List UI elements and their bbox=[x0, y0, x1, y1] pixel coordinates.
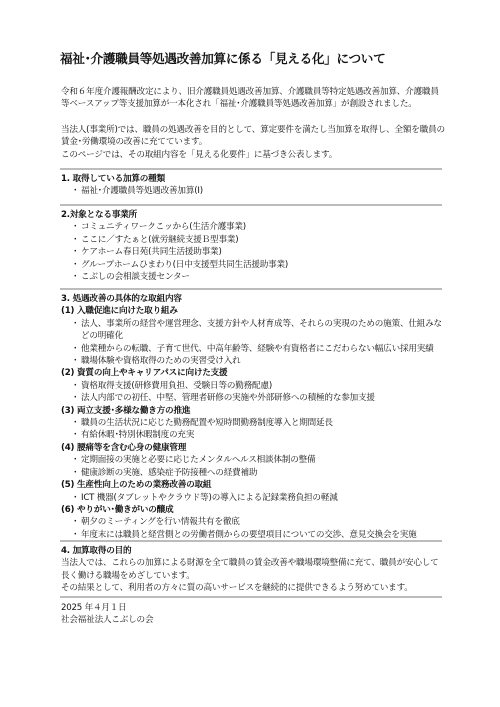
list-item: ・こぶしの会相談支援センター bbox=[61, 271, 446, 283]
bullet-icon: ・ bbox=[71, 429, 79, 441]
list-item: ・定期面接の実施と必要に応じたメンタルヘルス相談体制の整備 bbox=[61, 454, 446, 466]
intro-paragraph-2: 当法人(事業所)では、職員の処遇改善を目的として、算定要件を満たし当加算を取得し… bbox=[61, 124, 446, 161]
bullet-icon: ・ bbox=[71, 185, 79, 197]
bullet-list: ・法人、事業所の経営や運営理念、支援方針や人材育成等、それらの実現のための施策、… bbox=[61, 318, 446, 368]
bullet-list: ・福祉･介護職員等処遇改善加算(Ⅰ) bbox=[61, 185, 446, 197]
bullet-icon: ・ bbox=[71, 221, 79, 233]
subsection-heading: (3) 両立支援･多様な働き方の推進 bbox=[61, 405, 446, 417]
subsection-heading: (4) 腰痛等を含む心身の健康管理 bbox=[61, 442, 446, 454]
list-item: ・グループホームひまわり(日中支援型共同生活援助事業) bbox=[61, 259, 446, 271]
bullet-icon: ・ bbox=[71, 467, 79, 479]
bullet-list: ・コミュニティワークこッから(生活介護事業) ・ここに／すたぁと(就労継続支援Ｂ… bbox=[61, 221, 446, 283]
section-specific-initiatives: 3. 処遇改善の具体的な取組内容 (1) 入職促進に向けた取り組み ・法人、事業… bbox=[61, 293, 446, 541]
section-target-facilities: 2.対象となる事業所 ・コミュニティワークこッから(生活介護事業) ・ここに／す… bbox=[61, 209, 446, 283]
divider bbox=[60, 596, 442, 598]
page-title: 福祉･介護職員等処遇改善加算に係る「見える化」について bbox=[60, 48, 385, 67]
bullet-icon: ・ bbox=[71, 380, 79, 392]
subsection-heading: (6) やりがい･働きがいの醸成 bbox=[61, 504, 446, 516]
intro-text-1: 令和６年度介護報酬改定により、旧介護職員処遇改善加算、介護職員等特定処遇改善加算… bbox=[61, 86, 446, 111]
subsection-heading: (2) 資質の向上やキャリアパスに向けた支援 bbox=[61, 367, 446, 379]
list-item: ・資格取得支援(研修費用負担、受験日等の勤務配慮) bbox=[61, 380, 446, 392]
bullet-icon: ・ bbox=[71, 259, 79, 271]
section-acquired-addition: 1. 取得している加算の種類 ・福祉･介護職員等処遇改善加算(Ⅰ) bbox=[61, 173, 446, 198]
bullet-list: ・定期面接の実施と必要に応じたメンタルヘルス相談体制の整備 ・健康診断の実施、感… bbox=[61, 454, 446, 479]
section-heading: 1. 取得している加算の種類 bbox=[61, 173, 446, 185]
bullet-list: ・朝夕のミーティングを行い情報共有を徹底 ・年度末には職員と経営側との労働者側か… bbox=[61, 516, 446, 541]
intro-text-2: 当法人(事業所)では、職員の処遇改善を目的として、算定要件を満たし当加算を取得し… bbox=[61, 124, 446, 149]
intro-paragraph-1: 令和６年度介護報酬改定により、旧介護職員処遇改善加算、介護職員等特定処遇改善加算… bbox=[61, 86, 446, 111]
bullet-icon: ・ bbox=[71, 246, 79, 258]
list-item: ・健康診断の実施、感染症予防接種への経費補助 bbox=[61, 467, 446, 479]
list-item: ・有給休暇･特別休暇制度の充実 bbox=[61, 429, 446, 441]
intro-text-3: このページでは、その取組内容を「見える化要件」に基づき公表します。 bbox=[61, 149, 446, 161]
subsection-heading: (1) 入職促進に向けた取り組み bbox=[61, 305, 446, 317]
list-item: ・法人、事業所の経営や運営理念、支援方針や人材育成等、それらの実現のための施策、… bbox=[61, 318, 446, 343]
list-item: ・他業種からの転職、子育て世代、中高年齢等、経験や有資格者にこだわらない幅広い採… bbox=[61, 343, 446, 355]
bullet-icon: ・ bbox=[71, 492, 79, 504]
bullet-icon: ・ bbox=[71, 417, 79, 429]
bullet-list: ・ICT 機器(タブレットやクラウド等)の導入による記録業務負担の軽減 bbox=[61, 492, 446, 504]
bullet-icon: ・ bbox=[71, 271, 79, 283]
bullet-icon: ・ bbox=[71, 355, 79, 367]
bullet-icon: ・ bbox=[71, 318, 79, 330]
bullet-icon: ・ bbox=[71, 454, 79, 466]
divider bbox=[60, 204, 442, 206]
list-item: ・ICT 機器(タブレットやクラウド等)の導入による記録業務負担の軽減 bbox=[61, 492, 446, 504]
divider bbox=[60, 288, 442, 290]
section-heading: 4. 加算取得の目的 bbox=[61, 545, 446, 557]
bullet-icon: ・ bbox=[71, 516, 79, 528]
list-item: ・職場体験や資格取得のための実習受け入れ bbox=[61, 355, 446, 367]
subsection-heading: (5) 生産性向上のための業務改善の取組 bbox=[61, 479, 446, 491]
organization-name: 社会福祉法人こぶしの会 bbox=[61, 614, 446, 626]
bullet-list: ・職員の生活状況に応じた勤務配置や短時間勤務制度導入と期間延長 ・有給休暇･特別… bbox=[61, 417, 446, 442]
section-heading: 3. 処遇改善の具体的な取組内容 bbox=[61, 293, 446, 305]
list-item: ・ケアホーム春日苑(共同生活援助事業) bbox=[61, 246, 446, 258]
document-page: 福祉･介護職員等処遇改善加算に係る「見える化」について 令和６年度介護報酬改定に… bbox=[0, 0, 500, 707]
section-heading: 2.対象となる事業所 bbox=[61, 209, 446, 221]
bullet-icon: ・ bbox=[71, 392, 79, 404]
list-item: ・コミュニティワークこッから(生活介護事業) bbox=[61, 221, 446, 233]
divider bbox=[60, 168, 442, 170]
divider bbox=[60, 540, 442, 542]
list-item: ・法人内部での初任、中堅、管理者研修の実施や外部研修への積極的な参加支援 bbox=[61, 392, 446, 404]
list-item: ・職員の生活状況に応じた勤務配置や短時間勤務制度導入と期間延長 bbox=[61, 417, 446, 429]
list-item: ・ここに／すたぁと(就労継続支援Ｂ型事業) bbox=[61, 234, 446, 246]
section-purpose: 4. 加算取得の目的 当法人では、これらの加算による財源を全て職員の賃金改善や職… bbox=[61, 545, 446, 595]
bullet-list: ・資格取得支援(研修費用負担、受験日等の勤務配慮) ・法人内部での初任、中堅、管… bbox=[61, 380, 446, 405]
purpose-text-1: 当法人では、これらの加算による財源を全て職員の賃金改善や職場環境整備に充て、職員… bbox=[61, 557, 446, 582]
bullet-icon: ・ bbox=[71, 343, 79, 355]
list-item: ・福祉･介護職員等処遇改善加算(Ⅰ) bbox=[61, 185, 446, 197]
purpose-text-2: その結果として、利用者の方々に質の高いサービスを継続的に提供できるよう努めていま… bbox=[61, 582, 446, 594]
bullet-icon: ・ bbox=[71, 234, 79, 246]
list-item: ・朝夕のミーティングを行い情報共有を徹底 bbox=[61, 516, 446, 528]
publish-date: 2025 年４月１日 bbox=[61, 602, 446, 614]
footer: 2025 年４月１日 社会福祉法人こぶしの会 bbox=[61, 602, 446, 627]
